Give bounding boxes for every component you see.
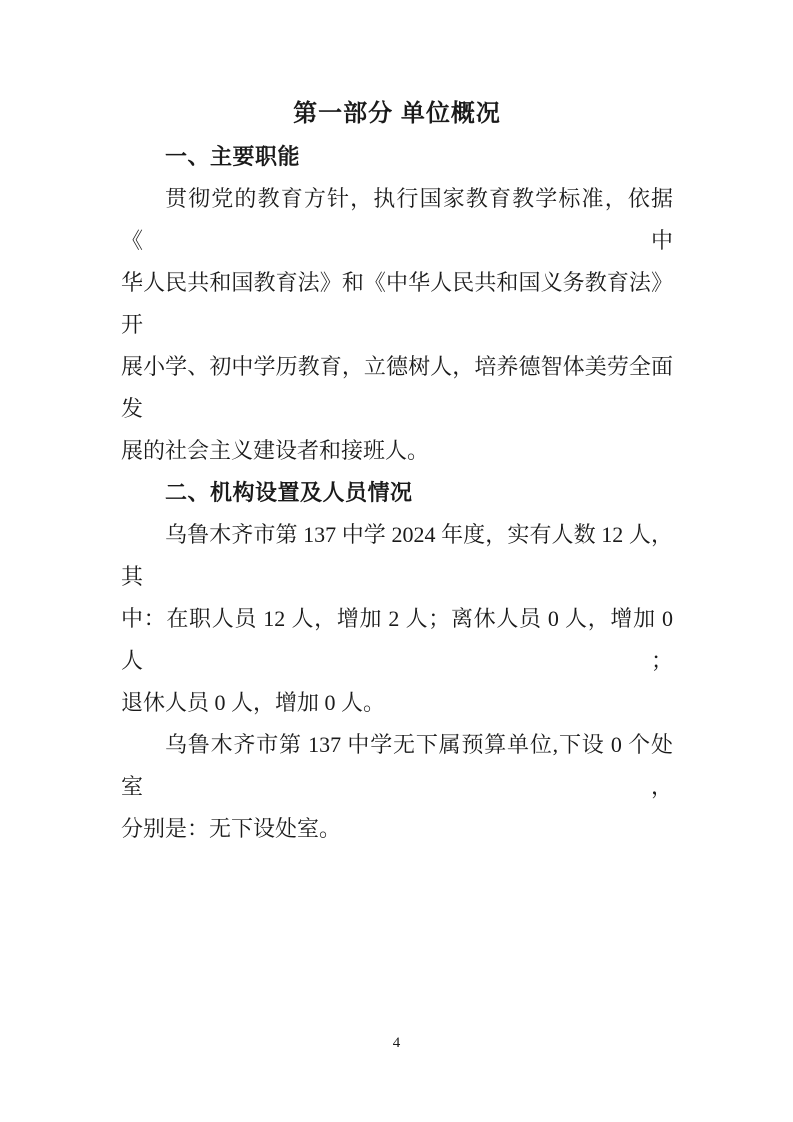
section-heading-main-functions: 一、主要职能: [121, 136, 673, 178]
text-line: 展小学、初中学历教育，立德树人，培养德智体美劳全面发: [121, 346, 673, 430]
text-line: 分别是：无下设处室。: [121, 808, 673, 850]
paragraph: 乌鲁木齐市第 137 中学无下属预算单位,下设 0 个处室， 分别是：无下设处室…: [121, 724, 673, 850]
section-organization-personnel: 二、机构设置及人员情况 乌鲁木齐市第 137 中学 2024 年度，实有人数 1…: [121, 472, 673, 850]
text-line: 乌鲁木齐市第 137 中学 2024 年度，实有人数 12 人，其: [121, 514, 673, 598]
document-title: 第一部分 单位概况: [121, 96, 673, 132]
text-line: 华人民共和国教育法》和《中华人民共和国义务教育法》开: [121, 262, 673, 346]
page-footer: 4: [0, 1033, 793, 1053]
text-line: 中：在职人员 12 人，增加 2 人；离休人员 0 人，增加 0 人；: [121, 598, 673, 682]
section-main-functions: 一、主要职能 贯彻党的教育方针，执行国家教育教学标准，依据《中 华人民共和国教育…: [121, 136, 673, 472]
document-page: 第一部分 单位概况 一、主要职能 贯彻党的教育方针，执行国家教育教学标准，依据《…: [0, 0, 793, 1122]
section-heading-organization-personnel: 二、机构设置及人员情况: [121, 472, 673, 514]
paragraph: 贯彻党的教育方针，执行国家教育教学标准，依据《中 华人民共和国教育法》和《中华人…: [121, 178, 673, 472]
page-number: 4: [393, 1035, 401, 1051]
document-content: 第一部分 单位概况 一、主要职能 贯彻党的教育方针，执行国家教育教学标准，依据《…: [0, 0, 793, 850]
text-line: 贯彻党的教育方针，执行国家教育教学标准，依据《中: [121, 178, 673, 262]
paragraph: 乌鲁木齐市第 137 中学 2024 年度，实有人数 12 人，其 中：在职人员…: [121, 514, 673, 724]
text-line: 乌鲁木齐市第 137 中学无下属预算单位,下设 0 个处室，: [121, 724, 673, 808]
text-line: 展的社会主义建设者和接班人。: [121, 430, 673, 472]
text-line: 退休人员 0 人，增加 0 人。: [121, 682, 673, 724]
